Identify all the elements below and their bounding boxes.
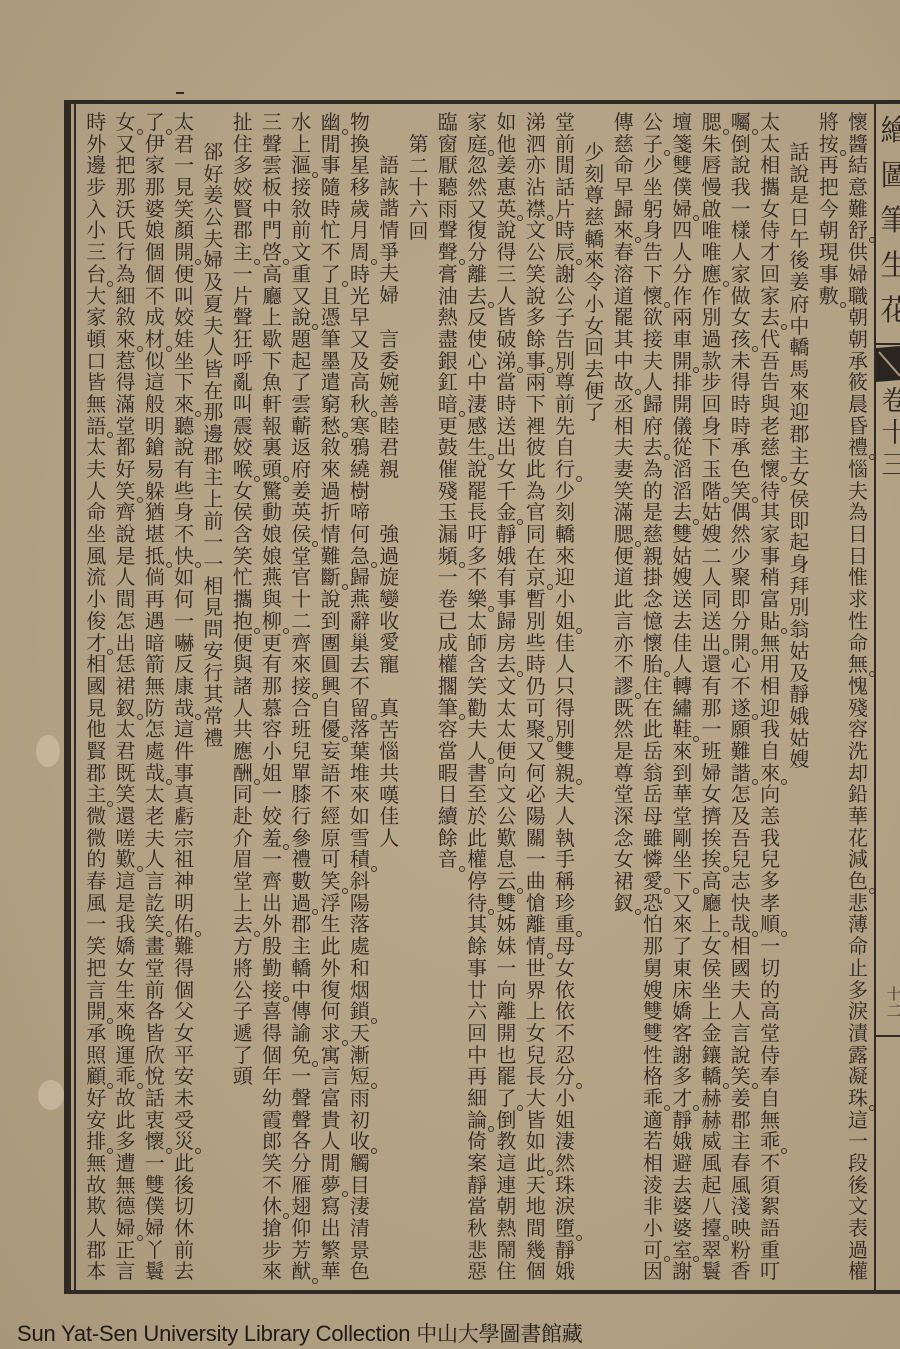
glyph: 哉 — [143, 763, 167, 785]
glyph: 難 — [319, 546, 343, 568]
glyph: 遇 — [143, 611, 167, 633]
glyph: 來 — [289, 654, 313, 676]
glyph: 德 — [114, 1196, 138, 1218]
glyph: 日 — [846, 546, 870, 568]
glyph: 佑 — [172, 914, 196, 936]
glyph: 這 — [846, 1110, 870, 1132]
glyph: 重 — [758, 1240, 782, 1262]
glyph: 筱 — [846, 372, 870, 394]
glyph: 便 — [494, 741, 518, 763]
glyph: 爭 — [377, 242, 401, 264]
glyph: 姣 — [231, 437, 255, 459]
glyph: 燕 — [348, 589, 372, 611]
glyph: 皆 — [201, 359, 225, 381]
glyph: 避 — [670, 1153, 694, 1175]
glyph: 過 — [319, 481, 343, 503]
glyph: 起 — [700, 1175, 724, 1197]
glyph: 防 — [143, 698, 167, 720]
glyph: 兒 — [289, 741, 313, 763]
glyph: 從 — [670, 437, 694, 459]
glyph: 宗 — [172, 828, 196, 850]
glyph: 餘 — [465, 936, 489, 958]
glyph: 玉 — [700, 459, 724, 481]
glyph: 呼 — [231, 351, 255, 373]
glyph: 大 — [524, 1088, 548, 1110]
glyph: 却 — [846, 763, 870, 785]
glyph: 廿 — [465, 980, 489, 1002]
glyph: 續 — [436, 806, 460, 828]
glyph: 婆 — [670, 1218, 694, 1240]
glyph: 無 — [143, 676, 167, 698]
glyph: 擡 — [700, 1218, 724, 1240]
glyph: 扯 — [231, 112, 255, 134]
glyph: 奉 — [758, 1066, 782, 1088]
glyph: 貼 — [758, 611, 782, 633]
glyph: 雙 — [553, 741, 577, 763]
glyph: 上 — [201, 489, 225, 511]
glyph: 下 — [670, 871, 694, 893]
glyph: 娘 — [260, 524, 284, 546]
glyph: 不 — [319, 784, 343, 806]
glyph: 稍 — [758, 567, 782, 589]
glyph: 婦 — [700, 763, 724, 785]
glyph: 下 — [260, 351, 284, 373]
glyph: 時 — [524, 654, 548, 676]
glyph: 金 — [494, 502, 518, 524]
text-column: 堂前閒話片時辰謝公子告別尊前先自行少刻轎來迎小姐佳人只得別雙親夫人執手稱珍重母女… — [553, 112, 577, 1283]
glyph: 侯 — [289, 524, 313, 546]
glyph: 生 — [319, 914, 343, 936]
glyph: 二 — [884, 1003, 900, 1020]
glyph: 來 — [670, 741, 694, 763]
glyph: 說 — [114, 524, 138, 546]
glyph: 靜 — [670, 1110, 694, 1132]
glyph: 坐 — [84, 524, 108, 546]
glyph: 少 — [729, 546, 753, 568]
glyph: 嫂 — [641, 980, 665, 1002]
glyph: 才 — [84, 633, 108, 655]
glyph: 原 — [319, 828, 343, 850]
glyph: 雲 — [289, 394, 313, 416]
glyph: 與 — [260, 589, 284, 611]
glyph: 勸 — [465, 698, 489, 720]
glyph: 身 — [700, 416, 724, 438]
glyph: 裏 — [260, 437, 284, 459]
glyph: 漬 — [846, 1023, 870, 1045]
glyph: 厭 — [436, 155, 460, 177]
glyph: 聲 — [289, 1110, 313, 1132]
glyph: 災 — [172, 1131, 196, 1153]
glyph: 向 — [494, 980, 518, 1002]
glyph: 復 — [319, 980, 343, 1002]
glyph: 外 — [84, 134, 108, 156]
glyph: 顏 — [172, 220, 196, 242]
glyph: 這 — [143, 372, 167, 394]
glyph: 玉 — [436, 502, 460, 524]
glyph: 挨 — [700, 849, 724, 871]
glyph: 震 — [231, 416, 255, 438]
glyph: 娃 — [172, 329, 196, 351]
glyph: 郡 — [231, 220, 255, 242]
glyph: 又 — [670, 893, 694, 915]
glyph: 問 — [201, 619, 225, 641]
glyph: 家 — [143, 155, 167, 177]
glyph: 一 — [231, 264, 255, 286]
glyph: 夫 — [201, 316, 225, 338]
glyph: 堂 — [143, 958, 167, 980]
glyph: 一 — [260, 849, 284, 871]
glyph: 喉 — [231, 459, 255, 481]
glyph: 頭 — [260, 459, 284, 481]
glyph: 挨 — [700, 828, 724, 850]
glyph: 釵 — [612, 893, 636, 915]
glyph: 求 — [846, 589, 870, 611]
glyph: 中 — [260, 199, 284, 221]
glyph: 話 — [553, 177, 577, 199]
glyph: 子 — [231, 1001, 255, 1023]
glyph: 及 — [729, 806, 753, 828]
glyph: 靜 — [553, 1240, 577, 1262]
glyph: 涕 — [524, 112, 548, 134]
glyph: 才 — [758, 242, 782, 264]
collection-caption-en: Sun Yat-Sen University Library Collectio… — [17, 1321, 410, 1346]
glyph: 色 — [846, 871, 870, 893]
glyph: 笑 — [260, 1153, 284, 1175]
glyph: 惱 — [377, 741, 401, 763]
glyph: 反 — [465, 307, 489, 329]
glyph: 易 — [143, 459, 167, 481]
glyph: 處 — [348, 936, 372, 958]
glyph: 材 — [143, 329, 167, 351]
glyph: 得 — [729, 372, 753, 394]
glyph: 好 — [84, 1088, 108, 1110]
glyph: 命 — [612, 155, 636, 177]
glyph: 軒 — [260, 394, 284, 416]
glyph: 東 — [670, 958, 694, 980]
glyph: 高 — [260, 264, 284, 286]
glyph: 公 — [494, 806, 518, 828]
glyph: 開 — [494, 1023, 518, 1045]
glyph: 到 — [319, 611, 343, 633]
text-column: 涕泗亦沾襟文公笑說多餘事兩下裡彼此為官同在京暫別些時仍可聚又何必陽關一曲愴離情世… — [524, 112, 548, 1283]
glyph: 侯 — [231, 502, 255, 524]
glyph: 笑 — [612, 481, 636, 503]
glyph: 壇 — [670, 112, 694, 134]
glyph: 將 — [231, 958, 255, 980]
glyph: 浮 — [319, 893, 343, 915]
glyph: 刻 — [553, 502, 577, 524]
glyph: 啼 — [348, 502, 372, 524]
glyph: 般 — [143, 394, 167, 416]
glyph: 春 — [729, 1153, 753, 1175]
glyph: 亦 — [612, 633, 636, 655]
glyph: 似 — [143, 351, 167, 373]
glyph: 執 — [553, 828, 577, 850]
glyph: 三 — [494, 264, 518, 286]
glyph: 排 — [84, 1131, 108, 1153]
glyph: 更 — [260, 633, 284, 655]
glyph: 此 — [172, 1153, 196, 1175]
glyph: 何 — [524, 763, 548, 785]
glyph: 朝 — [846, 329, 870, 351]
glyph: 嫂 — [700, 524, 724, 546]
glyph: 出 — [700, 633, 724, 655]
glyph: 班 — [289, 719, 313, 741]
glyph: 不 — [465, 567, 489, 589]
glyph: 偶 — [729, 502, 753, 524]
glyph: 氏 — [114, 220, 138, 242]
glyph: 烟 — [348, 980, 372, 1002]
glyph: 淒 — [348, 1196, 372, 1218]
glyph: 熱 — [436, 307, 460, 329]
glyph: 神 — [172, 871, 196, 893]
glyph: 事 — [465, 958, 489, 980]
glyph: 是 — [114, 893, 138, 915]
glyph: 善 — [377, 394, 401, 416]
glyph: 雙 — [641, 1001, 665, 1023]
glyph: 階 — [700, 481, 724, 503]
glyph: 夫 — [465, 719, 489, 741]
glyph: 釭 — [436, 372, 460, 394]
glyph: 歎 — [114, 849, 138, 871]
glyph: 三 — [880, 450, 900, 482]
glyph: 丫 — [143, 1240, 167, 1262]
glyph: 笑 — [465, 676, 489, 698]
glyph: 女 — [114, 958, 138, 980]
glyph: 時 — [348, 264, 372, 286]
glyph: 婦 — [670, 199, 694, 221]
glyph: 此 — [114, 1110, 138, 1132]
glyph: 文 — [494, 676, 518, 698]
glyph: 滿 — [612, 502, 636, 524]
glyph: 風 — [700, 1153, 724, 1175]
glyph: 迎 — [758, 698, 782, 720]
glyph: 為 — [846, 502, 870, 524]
glyph: 孩 — [729, 329, 753, 351]
glyph: 來 — [612, 220, 636, 242]
glyph: 多 — [114, 1131, 138, 1153]
glyph: 娥 — [553, 1261, 577, 1283]
glyph: 六 — [465, 1001, 489, 1023]
glyph: 囑 — [729, 112, 753, 134]
glyph: 歎 — [494, 828, 518, 850]
glyph: 在 — [524, 546, 548, 568]
glyph: 薄 — [846, 914, 870, 936]
glyph: 女 — [114, 112, 138, 134]
glyph: 為 — [524, 481, 548, 503]
text-column: 郤好姜公夫婦及夏夫人皆在那邊郡主上前一一相見問安行其常禮 — [201, 142, 225, 749]
text-column: 囑倒說我一樣人家做女孩未得時時承色笑偶然少聚即分開心不遂願難諧怎及吾兒志快哉相國… — [729, 112, 753, 1283]
glyph: 府 — [787, 294, 811, 316]
glyph: 懷 — [758, 459, 782, 481]
glyph: 可 — [524, 698, 548, 720]
glyph: 眉 — [231, 849, 255, 871]
glyph: 語 — [758, 1218, 782, 1240]
glyph: 抱 — [231, 611, 255, 633]
glyph: 來 — [348, 784, 372, 806]
glyph: 難 — [729, 741, 753, 763]
glyph: 後 — [172, 1175, 196, 1197]
glyph: 佳 — [377, 806, 401, 828]
glyph: 女 — [524, 1023, 548, 1045]
glyph: 膏 — [436, 264, 460, 286]
glyph: 堆 — [348, 763, 372, 785]
glyph: 君 — [377, 437, 401, 459]
glyph: 去 — [670, 1175, 694, 1197]
glyph: 得 — [260, 1023, 284, 1045]
glyph: 禮 — [201, 728, 225, 750]
glyph: 公 — [641, 112, 665, 134]
glyph: 相 — [758, 676, 782, 698]
glyph: 落 — [348, 914, 372, 936]
glyph: 窮 — [319, 394, 343, 416]
glyph: 款 — [700, 351, 724, 373]
glyph: 及 — [348, 351, 372, 373]
glyph: 淒 — [465, 394, 489, 416]
glyph: 志 — [729, 871, 753, 893]
glyph: 晨 — [846, 394, 870, 416]
glyph: 回 — [465, 1023, 489, 1045]
glyph: 然 — [612, 719, 636, 741]
glyph: 俊 — [84, 611, 108, 633]
glyph: 然 — [729, 524, 753, 546]
glyph: 女 — [553, 958, 577, 980]
glyph: 陽 — [348, 893, 372, 915]
glyph: 意 — [846, 177, 870, 199]
glyph: 我 — [729, 177, 753, 199]
glyph: 行 — [114, 242, 138, 264]
chapter-title-line: 強過旋孌收愛寵 — [377, 524, 401, 676]
glyph: 怕 — [641, 914, 665, 936]
glyph: 前 — [201, 511, 225, 533]
glyph: 墨 — [319, 351, 343, 373]
glyph: 界 — [524, 980, 548, 1002]
glyph: 官 — [289, 567, 313, 589]
glyph: 仰 — [289, 1218, 313, 1240]
glyph: 官 — [524, 502, 548, 524]
glyph: 鬧 — [494, 1240, 518, 1262]
glyph: 深 — [612, 806, 636, 828]
glyph: 來 — [172, 394, 196, 416]
glyph: 慈 — [612, 134, 636, 156]
glyph: 別 — [787, 597, 811, 619]
glyph: 樹 — [348, 481, 372, 503]
glyph: 言 — [84, 980, 108, 1002]
glyph: 聲 — [260, 134, 284, 156]
glyph: 姐 — [553, 1110, 577, 1132]
glyph: 啟 — [700, 199, 724, 221]
glyph: 一 — [729, 199, 753, 221]
glyph: 英 — [289, 502, 313, 524]
glyph: 了 — [231, 1045, 255, 1067]
glyph: 前 — [143, 980, 167, 1002]
glyph: 念 — [612, 828, 636, 850]
glyph: 六 — [407, 199, 431, 221]
glyph: 表 — [846, 1218, 870, 1240]
glyph: 再 — [817, 155, 841, 177]
glyph: 忙 — [319, 220, 343, 242]
glyph: 下 — [524, 394, 548, 416]
glyph: 公 — [201, 207, 225, 229]
glyph: 優 — [319, 719, 343, 741]
glyph: 回 — [407, 221, 431, 243]
glyph: 雙 — [494, 893, 518, 915]
glyph: 姑 — [700, 502, 724, 524]
glyph: 主 — [729, 1131, 753, 1153]
glyph: 狂 — [231, 329, 255, 351]
glyph: 容 — [260, 719, 284, 741]
glyph: 起 — [289, 351, 313, 373]
glyph: 不 — [172, 524, 196, 546]
glyph: 來 — [582, 250, 606, 272]
glyph: 各 — [143, 1001, 167, 1023]
glyph: 向 — [494, 763, 518, 785]
glyph: 香 — [729, 1261, 753, 1283]
glyph: 傳 — [612, 112, 636, 134]
glyph: 靜 — [494, 524, 518, 546]
glyph: 母 — [641, 806, 665, 828]
glyph: 書 — [465, 763, 489, 785]
glyph: 收 — [377, 611, 401, 633]
glyph: 離 — [524, 914, 548, 936]
glyph: 夫 — [143, 828, 167, 850]
glyph: 非 — [641, 1196, 665, 1218]
glyph: 泗 — [524, 134, 548, 156]
glyph: 去 — [172, 1261, 196, 1283]
glyph: 分 — [670, 264, 694, 286]
glyph: 嫂 — [787, 749, 811, 771]
glyph: 團 — [319, 633, 343, 655]
glyph: 在 — [201, 381, 225, 403]
glyph: 故 — [114, 1088, 138, 1110]
glyph: 人 — [670, 242, 694, 264]
glyph: 慢 — [700, 177, 724, 199]
glyph: 片 — [553, 199, 577, 221]
glyph: 云 — [494, 871, 518, 893]
glyph: 單 — [289, 763, 313, 785]
glyph: 姣 — [260, 806, 284, 828]
glyph: 那 — [201, 402, 225, 424]
glyph: 吾 — [758, 351, 782, 373]
glyph: 高 — [348, 372, 372, 394]
glyph: 繪 — [880, 108, 900, 153]
glyph: 丞 — [612, 394, 636, 416]
glyph: 臨 — [436, 112, 460, 134]
glyph: 多 — [231, 155, 255, 177]
glyph: 的 — [641, 481, 665, 503]
glyph: 忍 — [553, 1045, 577, 1067]
glyph: 主 — [84, 784, 108, 806]
glyph: 娘 — [143, 220, 167, 242]
glyph: 適 — [641, 1110, 665, 1132]
glyph: 移 — [348, 177, 372, 199]
glyph: 還 — [114, 806, 138, 828]
glyph: 笑 — [114, 481, 138, 503]
glyph: 賢 — [84, 741, 108, 763]
glyph: 即 — [787, 511, 811, 533]
glyph: 親 — [641, 546, 665, 568]
glyph: 漏 — [436, 524, 460, 546]
glyph: 幽 — [319, 112, 343, 134]
glyph: 秋 — [465, 1218, 489, 1240]
glyph: 文 — [846, 1196, 870, 1218]
glyph: 在 — [641, 698, 665, 720]
glyph: 小 — [84, 220, 108, 242]
glyph: 命 — [846, 633, 870, 655]
glyph: 使 — [465, 329, 489, 351]
glyph: 太 — [84, 437, 108, 459]
glyph: 那 — [700, 698, 724, 720]
